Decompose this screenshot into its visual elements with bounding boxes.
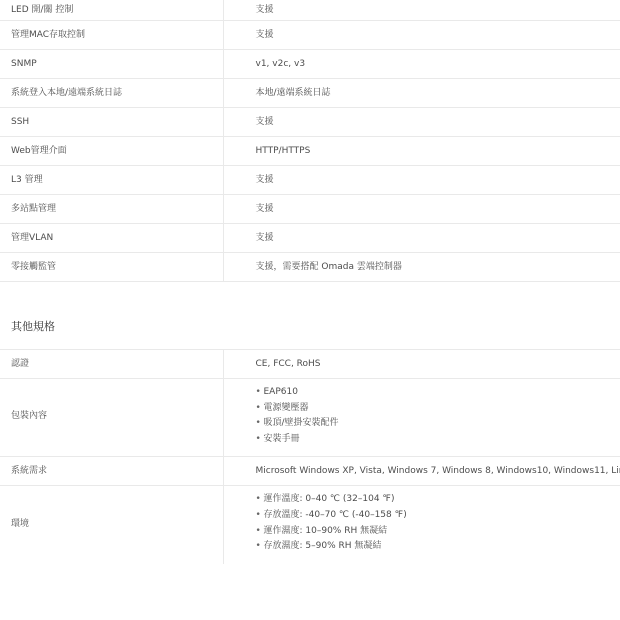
spec-value: HTTP/HTTPS xyxy=(223,137,620,166)
spec-label: 包裝內容 xyxy=(0,379,223,457)
section-spacer xyxy=(0,282,620,302)
spec-row-mac-access-control: 管理MAC存取控制 支援 xyxy=(0,21,620,50)
other-spec-table: 認證 CE, FCC, RoHS 包裝內容 EAP610 電源變壓器 吸頂/壁掛… xyxy=(0,350,620,564)
spec-row-ssh: SSH 支援 xyxy=(0,108,620,137)
spec-value: CE, FCC, RoHS xyxy=(223,350,620,379)
spec-row-system-requirements: 系統需求 Microsoft Windows XP, Vista, Window… xyxy=(0,457,620,486)
spec-row-management-vlan: 管理VLAN 支援 xyxy=(0,224,620,253)
spec-row-certification: 認證 CE, FCC, RoHS xyxy=(0,350,620,379)
spec-value-list: 運作溫度: 0–40 ℃ (32–104 ℉) 存放溫度: -40–70 ℃ (… xyxy=(223,486,620,564)
spec-row-zero-touch: 零接觸監管 支援，需要搭配 Omada 雲端控制器 xyxy=(0,253,620,282)
spec-value: 支援，需要搭配 Omada 雲端控制器 xyxy=(223,253,620,282)
spec-row-syslog: 系統登入本地/遠端系統日誌 本地/遠端系統日誌 xyxy=(0,79,620,108)
spec-value: 支援 xyxy=(223,166,620,195)
list-item: 電源變壓器 xyxy=(256,401,620,417)
section-title-other-specs: 其他規格 xyxy=(0,302,620,350)
spec-label: SNMP xyxy=(0,50,223,79)
spec-label: 管理VLAN xyxy=(0,224,223,253)
spec-label: 系統需求 xyxy=(0,457,223,486)
spec-label: SSH xyxy=(0,108,223,137)
list-item: 運作溫度: 0–40 ℃ (32–104 ℉) xyxy=(256,492,620,508)
list-item: 存放濕度: 5–90% RH 無凝結 xyxy=(256,539,620,555)
spec-label: Web管理介面 xyxy=(0,137,223,166)
spec-label: L3 管理 xyxy=(0,166,223,195)
spec-value: Microsoft Windows XP, Vista, Windows 7, … xyxy=(223,457,620,486)
spec-row-web-management: Web管理介面 HTTP/HTTPS xyxy=(0,137,620,166)
management-spec-table: LED 開/關 控制 支援 管理MAC存取控制 支援 SNMP v1, v2c,… xyxy=(0,0,620,282)
spec-row-package-contents: 包裝內容 EAP610 電源變壓器 吸頂/壁掛安裝配件 安裝手冊 xyxy=(0,379,620,457)
spec-label: 認證 xyxy=(0,350,223,379)
list-item: EAP610 xyxy=(256,385,620,401)
spec-value: 支援 xyxy=(223,0,620,21)
list-item: 存放溫度: -40–70 ℃ (-40–158 ℉) xyxy=(256,508,620,524)
spec-value: 支援 xyxy=(223,195,620,224)
list-item: 安裝手冊 xyxy=(256,432,620,448)
environment-list: 運作溫度: 0–40 ℃ (32–104 ℉) 存放溫度: -40–70 ℃ (… xyxy=(256,492,620,554)
spec-value: 支援 xyxy=(223,21,620,50)
spec-row-multi-site: 多站點管理 支援 xyxy=(0,195,620,224)
spec-value: 本地/遠端系統日誌 xyxy=(223,79,620,108)
spec-label: 零接觸監管 xyxy=(0,253,223,282)
package-contents-list: EAP610 電源變壓器 吸頂/壁掛安裝配件 安裝手冊 xyxy=(256,385,620,447)
spec-value: v1, v2c, v3 xyxy=(223,50,620,79)
spec-row-environment: 環境 運作溫度: 0–40 ℃ (32–104 ℉) 存放溫度: -40–70 … xyxy=(0,486,620,564)
list-item: 運作濕度: 10–90% RH 無凝結 xyxy=(256,524,620,540)
list-item: 吸頂/壁掛安裝配件 xyxy=(256,416,620,432)
spec-row-l3-management: L3 管理 支援 xyxy=(0,166,620,195)
spec-value: 支援 xyxy=(223,108,620,137)
spec-label: 管理MAC存取控制 xyxy=(0,21,223,50)
spec-label: LED 開/關 控制 xyxy=(0,0,223,21)
spec-row-led-control: LED 開/關 控制 支援 xyxy=(0,0,620,21)
spec-label: 多站點管理 xyxy=(0,195,223,224)
spec-value: 支援 xyxy=(223,224,620,253)
spec-value-list: EAP610 電源變壓器 吸頂/壁掛安裝配件 安裝手冊 xyxy=(223,379,620,457)
spec-row-snmp: SNMP v1, v2c, v3 xyxy=(0,50,620,79)
spec-label: 系統登入本地/遠端系統日誌 xyxy=(0,79,223,108)
spec-label: 環境 xyxy=(0,486,223,564)
